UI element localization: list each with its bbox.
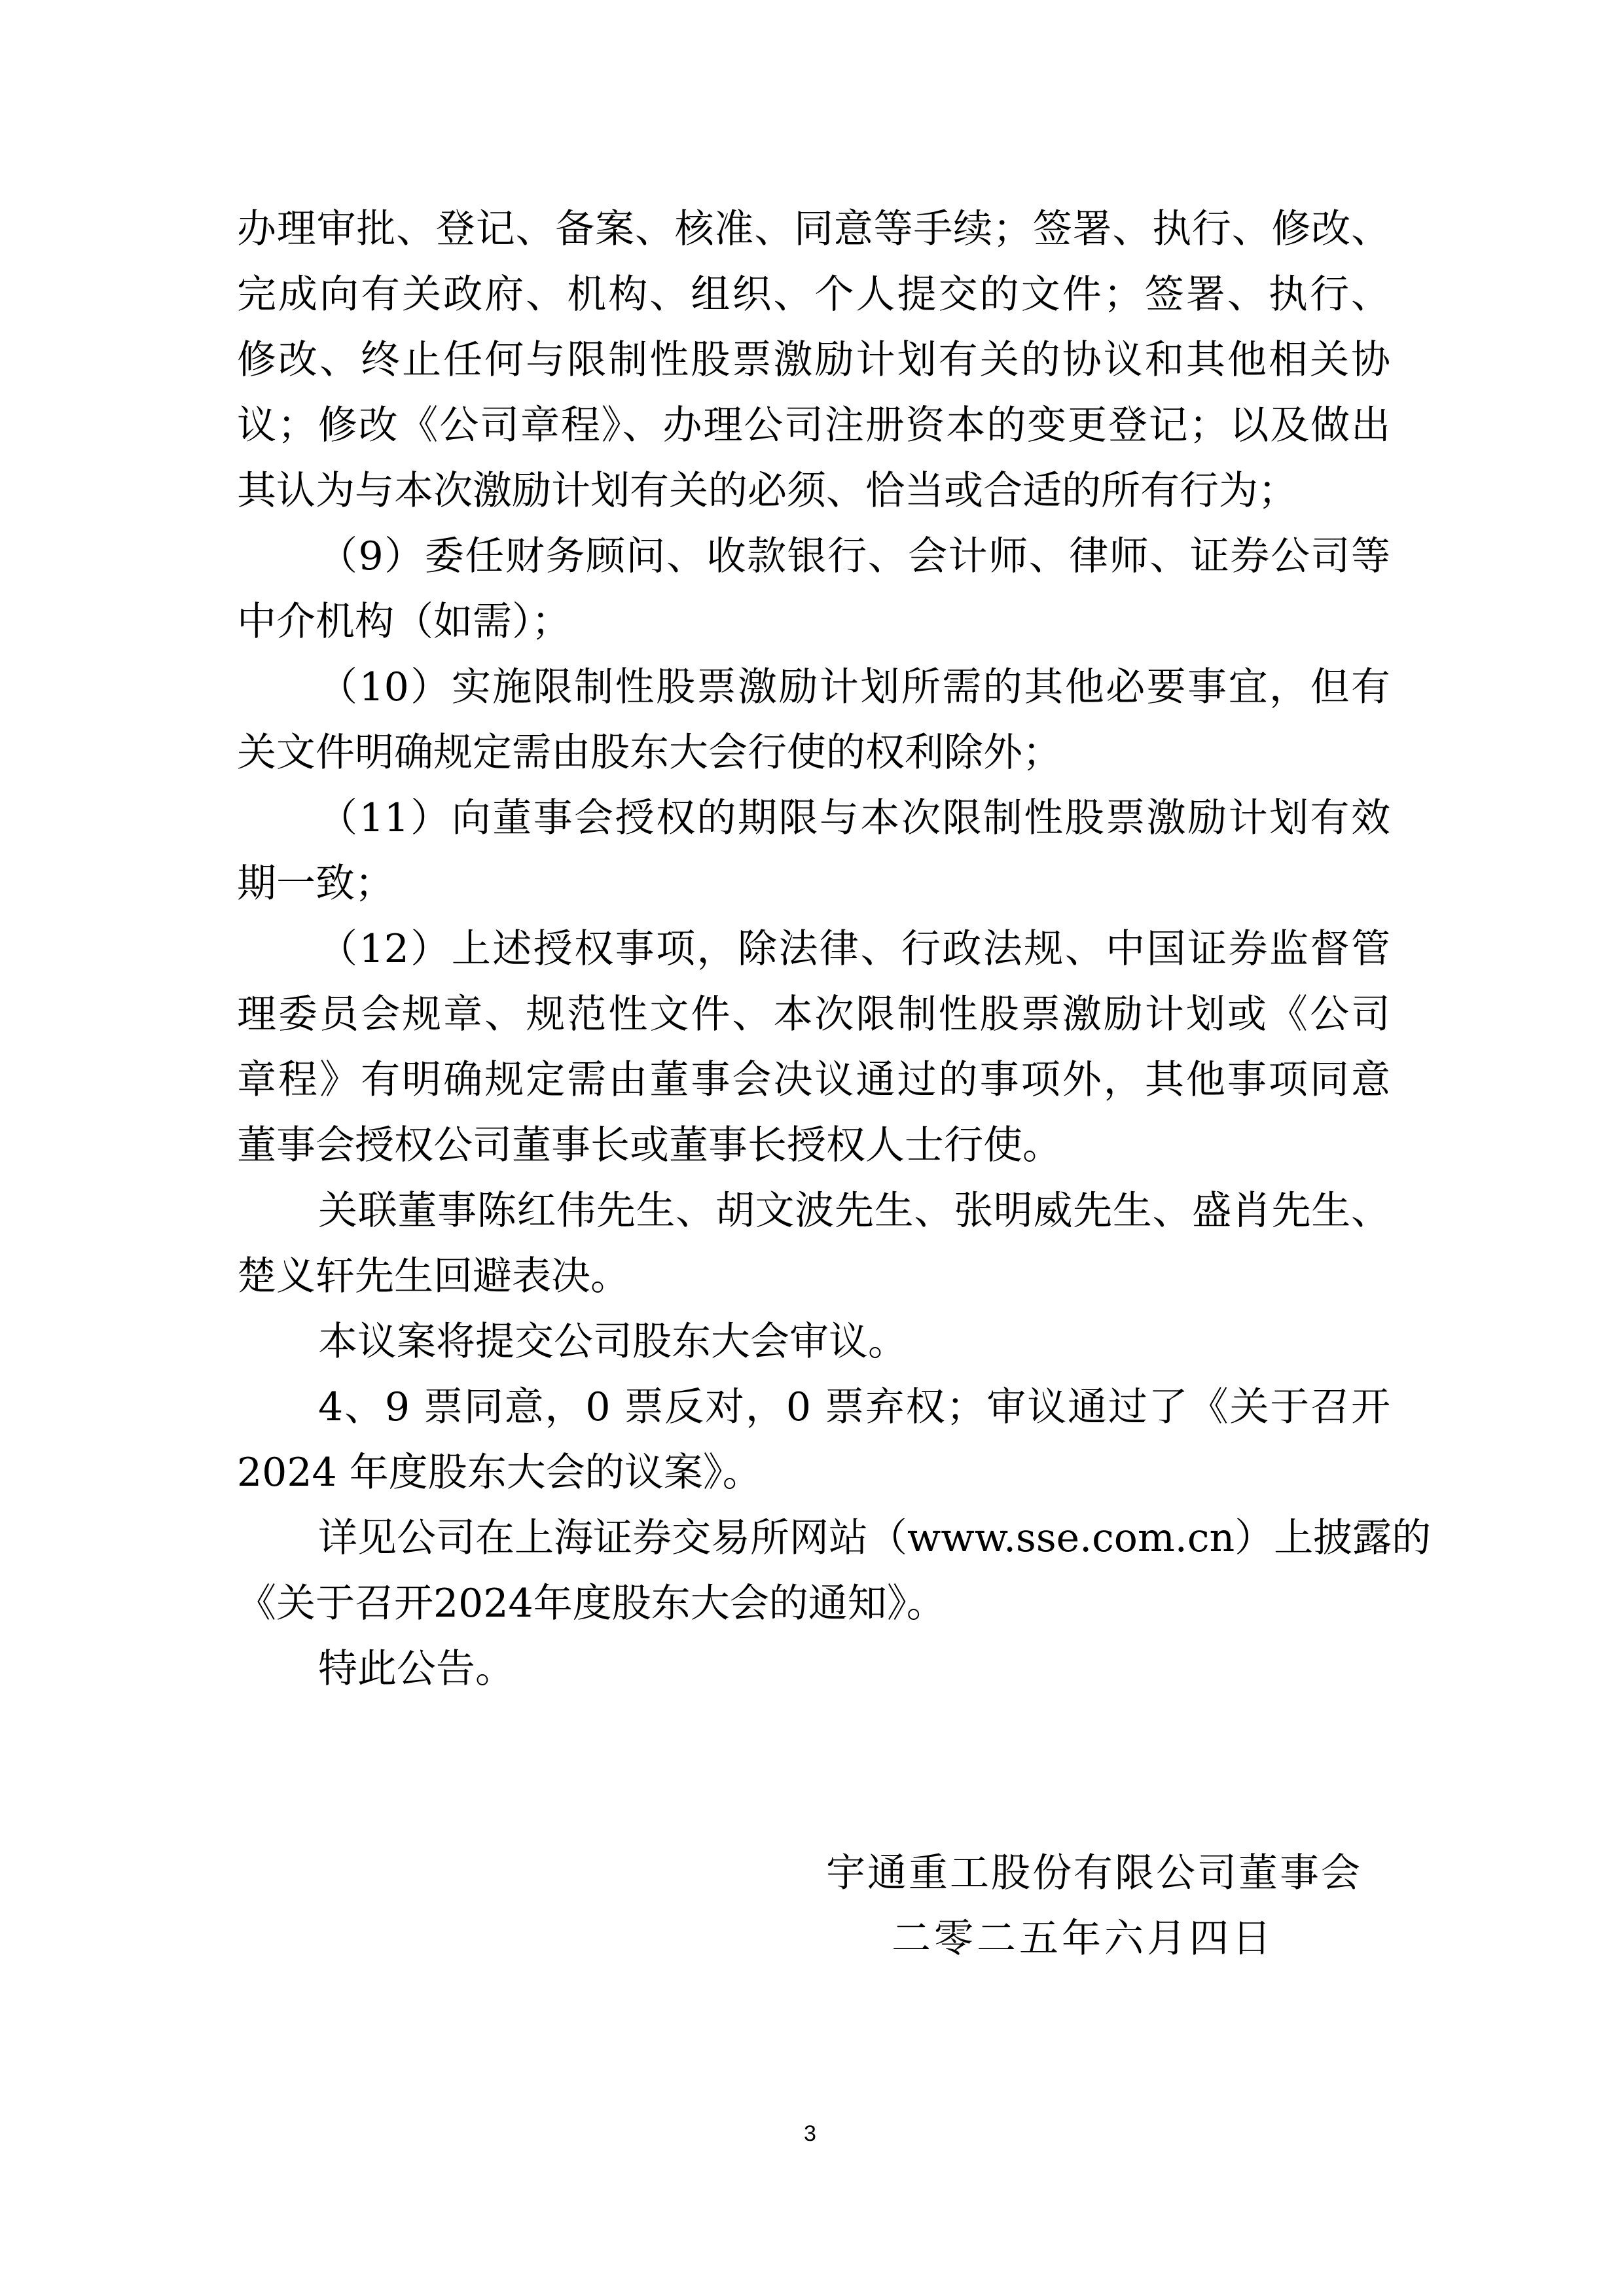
text-line: 期一致； bbox=[237, 851, 1390, 916]
text-line: 关文件明确规定需由股东大会行使的权利除外； bbox=[237, 720, 1390, 785]
text-line: 楚义轩先生回避表决。 bbox=[237, 1244, 1390, 1309]
text-line: 《关于召开2024年度股东大会的通知》。 bbox=[237, 1571, 1390, 1636]
page-number: 3 bbox=[804, 2121, 816, 2147]
paragraph-item-11: （11）向董事会授权的期限与本次限制性股票激励计划有效 期一致； bbox=[237, 785, 1390, 916]
text-line: （10）实施限制性股票激励计划所需的其他必要事宜，但有 bbox=[237, 655, 1390, 720]
paragraph-item-12: （12）上述授权事项，除法律、行政法规、中国证券监督管 理委员会规章、规范性文件… bbox=[237, 916, 1390, 1178]
paragraph-item-8-continuation: 办理审批、登记、备案、核准、同意等手续；签署、执行、修改、 完成向有关政府、机构… bbox=[237, 196, 1390, 524]
text-line: （9）委任财务顾问、收款银行、会计师、律师、证券公司等 bbox=[237, 524, 1390, 589]
paragraph-item-9: （9）委任财务顾问、收款银行、会计师、律师、证券公司等 中介机构（如需）； bbox=[237, 524, 1390, 655]
paragraph-recusal: 关联董事陈红伟先生、胡文波先生、张明威先生、盛肖先生、 楚义轩先生回避表决。 bbox=[237, 1178, 1390, 1309]
paragraph-details: 详见公司在上海证券交易所网站（www.sse.com.cn）上披露的 《关于召开… bbox=[237, 1505, 1390, 1636]
text-line: 2024 年度股东大会的议案》。 bbox=[237, 1440, 1390, 1505]
signature-date: 二零二五年六月四日 bbox=[892, 1906, 1274, 1971]
text-line: （12）上述授权事项，除法律、行政法规、中国证券监督管 bbox=[237, 916, 1390, 982]
text-line: 完成向有关政府、机构、组织、个人提交的文件；签署、执行、 bbox=[237, 262, 1390, 327]
text-line: 关联董事陈红伟先生、胡文波先生、张明威先生、盛肖先生、 bbox=[237, 1178, 1390, 1244]
paragraph-resolution-4: 4、9 票同意，0 票反对，0 票弃权；审议通过了《关于召开 2024 年度股东… bbox=[237, 1374, 1390, 1505]
text-line: 章程》有明确规定需由董事会决议通过的事项外，其他事项同意 bbox=[237, 1047, 1390, 1113]
paragraph-item-10: （10）实施限制性股票激励计划所需的其他必要事宜，但有 关文件明确规定需由股东大… bbox=[237, 655, 1390, 785]
paragraph-submit: 本议案将提交公司股东大会审议。 bbox=[237, 1309, 1390, 1374]
text-line: 议；修改《公司章程》、办理公司注册资本的变更登记；以及做出 bbox=[237, 393, 1390, 458]
text-line: 详见公司在上海证券交易所网站（www.sse.com.cn）上披露的 bbox=[237, 1505, 1390, 1571]
text-line: 理委员会规章、规范性文件、本次限制性股票激励计划或《公司 bbox=[237, 982, 1390, 1047]
text-line: 董事会授权公司董事长或董事长授权人士行使。 bbox=[237, 1113, 1390, 1178]
text-line: 4、9 票同意，0 票反对，0 票弃权；审议通过了《关于召开 bbox=[237, 1374, 1390, 1440]
text-line: 办理审批、登记、备案、核准、同意等手续；签署、执行、修改、 bbox=[237, 196, 1390, 262]
text-line: 本议案将提交公司股东大会审议。 bbox=[237, 1309, 1390, 1374]
paragraph-closing: 特此公告。 bbox=[237, 1636, 1390, 1702]
text-line: 特此公告。 bbox=[237, 1636, 1390, 1702]
document-page: 办理审批、登记、备案、核准、同意等手续；签署、执行、修改、 完成向有关政府、机构… bbox=[0, 0, 1624, 2296]
signature-company: 宇通重工股份有限公司董事会 bbox=[826, 1840, 1362, 1906]
text-line: 修改、终止任何与限制性股票激励计划有关的协议和其他相关协 bbox=[237, 327, 1390, 393]
text-line: 其认为与本次激励计划有关的必须、恰当或合适的所有行为； bbox=[237, 458, 1390, 524]
text-line: （11）向董事会授权的期限与本次限制性股票激励计划有效 bbox=[237, 785, 1390, 851]
body-text: 办理审批、登记、备案、核准、同意等手续；签署、执行、修改、 完成向有关政府、机构… bbox=[237, 196, 1390, 1702]
text-line: 中介机构（如需）； bbox=[237, 589, 1390, 655]
